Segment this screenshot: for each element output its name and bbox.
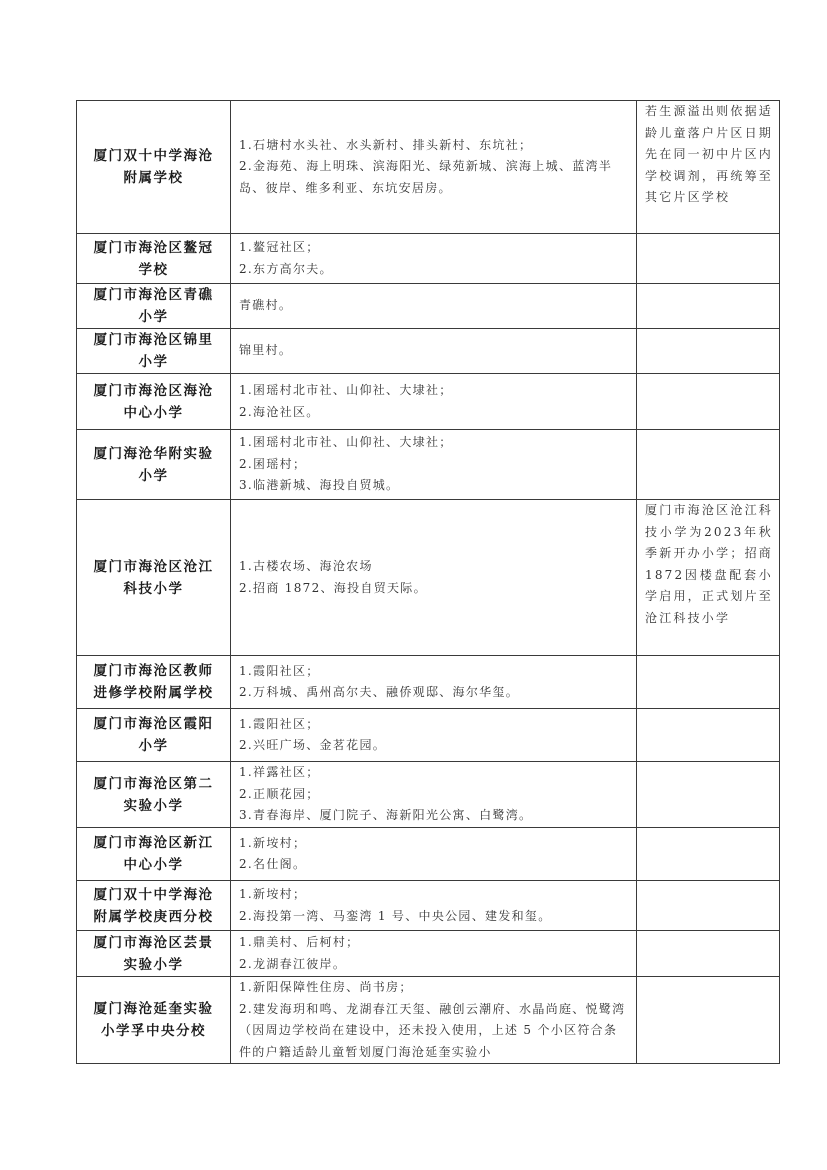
school-name-line: 小学 <box>139 468 169 484</box>
table-row: 厦门市海沧区芸景 实验小学 1.鼎美村、后柯村； 2.龙湖春江彼岸。 <box>77 931 780 977</box>
remarks-cell <box>637 656 780 709</box>
school-name-line: 科技小学 <box>124 581 184 597</box>
table-row: 厦门双十中学海沧 附属学校 1.石塘村水头社、水头新村、排头新村、东坑社； 2.… <box>77 101 780 234</box>
school-name-line: 厦门市海沧区锦里 <box>94 332 214 348</box>
table-row: 厦门市海沧区鳌冠 学校 1.鳌冠社区； 2.东方高尔夫。 <box>77 234 780 284</box>
remarks-cell <box>637 329 780 374</box>
area-line: 青礁村。 <box>239 295 628 317</box>
school-name-line: 小学孚中央分校 <box>101 1023 206 1039</box>
table-row: 厦门市海沧区教师 进修学校附属学校 1.霞阳社区； 2.万科城、禹州高尔夫、融侨… <box>77 656 780 709</box>
school-name-line: 厦门市海沧区霞阳 <box>94 716 214 732</box>
school-name-line: 厦门市海沧区沧江 <box>94 559 214 575</box>
remarks-cell <box>637 430 780 500</box>
area-line: 2.建发海玥和鸣、龙湖春江天玺、融创云潮府、水晶尚庭、悦鹭湾（因周边学校尚在建设… <box>239 999 628 1064</box>
school-name-line: 厦门双十中学海沧 <box>94 148 214 164</box>
remarks-cell <box>637 762 780 828</box>
table-row: 厦门市海沧区青礁 小学 青礁村。 <box>77 284 780 329</box>
school-name-line: 附属学校 <box>124 170 184 186</box>
remarks-cell <box>637 977 780 1064</box>
school-zoning-table: 厦门双十中学海沧 附属学校 1.石塘村水头社、水头新村、排头新村、东坑社； 2.… <box>76 100 780 1064</box>
school-name-line: 中心小学 <box>124 405 184 421</box>
enrollment-area-cell: 1.石塘村水头社、水头新村、排头新村、东坑社； 2.金海苑、海上明珠、滨海阳光、… <box>231 101 637 234</box>
school-name-cell: 厦门市海沧区新江 中心小学 <box>77 828 231 881</box>
school-name-line: 厦门市海沧区第二 <box>94 776 214 792</box>
area-line: 2.金海苑、海上明珠、滨海阳光、绿苑新城、滨海上城、蓝湾半岛、彼岸、维多利亚、东… <box>239 156 628 199</box>
enrollment-area-cell: 1.囷瑶村北市社、山仰社、大埭社； 2.海沧社区。 <box>231 374 637 430</box>
school-name-line: 厦门市海沧区青礁 <box>94 287 214 303</box>
remarks-cell <box>637 374 780 430</box>
school-name-cell: 厦门海沧华附实验 小学 <box>77 430 231 500</box>
enrollment-area-cell: 锦里村。 <box>231 329 637 374</box>
table-row: 厦门市海沧区新江 中心小学 1.新垵村； 2.名仕阁。 <box>77 828 780 881</box>
area-line: 2.招商 1872、海投自贸天际。 <box>239 578 628 600</box>
area-line: 2.名仕阁。 <box>239 854 628 876</box>
enrollment-area-cell: 1.鳌冠社区； 2.东方高尔夫。 <box>231 234 637 284</box>
school-name-line: 小学 <box>139 309 169 325</box>
area-line: 2.龙湖春江彼岸。 <box>239 954 628 976</box>
area-line: 1.新垵村； <box>239 833 628 855</box>
remarks-cell <box>637 931 780 977</box>
area-line: 1.鳌冠社区； <box>239 237 628 259</box>
school-name-cell: 厦门市海沧区鳌冠 学校 <box>77 234 231 284</box>
table-row: 厦门市海沧区第二 实验小学 1.祥露社区； 2.正顺花园； 3.青春海岸、厦门院… <box>77 762 780 828</box>
enrollment-area-cell: 1.新垵村； 2.名仕阁。 <box>231 828 637 881</box>
enrollment-area-cell: 1.新阳保障性住房、尚书房； 2.建发海玥和鸣、龙湖春江天玺、融创云潮府、水晶尚… <box>231 977 637 1064</box>
school-name-line: 进修学校附属学校 <box>94 685 214 701</box>
remarks-cell: 若生源溢出则依据适龄儿童落户片区日期先在同一初中片区内学校调剂，再统筹至其它片区… <box>637 101 780 234</box>
school-name-cell: 厦门双十中学海沧 附属学校 <box>77 101 231 234</box>
enrollment-area-cell: 青礁村。 <box>231 284 637 329</box>
school-name-line: 附属学校庚西分校 <box>94 909 214 925</box>
enrollment-area-cell: 1.新垵村； 2.海投第一湾、马銮湾 1 号、中央公园、建发和玺。 <box>231 881 637 931</box>
school-name-line: 中心小学 <box>124 857 184 873</box>
school-name-cell: 厦门市海沧区霞阳 小学 <box>77 709 231 762</box>
enrollment-area-cell: 1.囷瑶村北市社、山仰社、大埭社； 2.囷瑶村； 3.临港新城、海投自贸城。 <box>231 430 637 500</box>
school-name-line: 实验小学 <box>124 798 184 814</box>
enrollment-area-cell: 1.古楼农场、海沧农场 2.招商 1872、海投自贸天际。 <box>231 500 637 656</box>
school-name-line: 学校 <box>139 262 169 278</box>
school-name-line: 小学 <box>139 738 169 754</box>
remarks-cell <box>637 234 780 284</box>
area-line: 1.霞阳社区； <box>239 714 628 736</box>
school-name-line: 厦门市海沧区芸景 <box>94 935 214 951</box>
area-line: 2.囷瑶村； <box>239 454 628 476</box>
area-line: 2.万科城、禹州高尔夫、融侨观邸、海尔华玺。 <box>239 682 628 704</box>
area-line: 锦里村。 <box>239 340 628 362</box>
school-name-cell: 厦门市海沧区沧江 科技小学 <box>77 500 231 656</box>
table-row: 厦门海沧华附实验 小学 1.囷瑶村北市社、山仰社、大埭社； 2.囷瑶村； 3.临… <box>77 430 780 500</box>
area-line: 3.临港新城、海投自贸城。 <box>239 475 628 497</box>
area-line: 2.正顺花园； <box>239 784 628 806</box>
school-name-cell: 厦门市海沧区芸景 实验小学 <box>77 931 231 977</box>
table-row: 厦门市海沧区锦里 小学 锦里村。 <box>77 329 780 374</box>
area-line: 1.古楼农场、海沧农场 <box>239 556 628 578</box>
remarks-cell <box>637 284 780 329</box>
enrollment-area-cell: 1.霞阳社区； 2.兴旺广场、金茗花园。 <box>231 709 637 762</box>
enrollment-area-cell: 1.霞阳社区； 2.万科城、禹州高尔夫、融侨观邸、海尔华玺。 <box>231 656 637 709</box>
school-name-cell: 厦门市海沧区青礁 小学 <box>77 284 231 329</box>
table-row: 厦门市海沧区霞阳 小学 1.霞阳社区； 2.兴旺广场、金茗花园。 <box>77 709 780 762</box>
area-line: 1.祥露社区； <box>239 762 628 784</box>
school-name-line: 厦门市海沧区新江 <box>94 835 214 851</box>
remarks-cell: 厦门市海沧区沧江科技小学为2023年秋季新开办小学；招商1872因楼盘配套小学启… <box>637 500 780 656</box>
school-name-line: 厦门海沧华附实验 <box>94 446 214 462</box>
school-name-line: 厦门市海沧区教师 <box>94 663 214 679</box>
table-row: 厦门海沧延奎实验 小学孚中央分校 1.新阳保障性住房、尚书房； 2.建发海玥和鸣… <box>77 977 780 1064</box>
school-name-line: 厦门市海沧区海沧 <box>94 383 214 399</box>
area-line: 1.石塘村水头社、水头新村、排头新村、东坑社； <box>239 135 628 157</box>
school-name-line: 厦门市海沧区鳌冠 <box>94 240 214 256</box>
area-line: 1.新垵村； <box>239 884 628 906</box>
school-name-cell: 厦门市海沧区海沧 中心小学 <box>77 374 231 430</box>
school-name-cell: 厦门市海沧区第二 实验小学 <box>77 762 231 828</box>
area-line: 2.海沧社区。 <box>239 402 628 424</box>
school-name-line: 厦门双十中学海沧 <box>94 887 214 903</box>
area-line: 1.囷瑶村北市社、山仰社、大埭社； <box>239 432 628 454</box>
remarks-cell <box>637 828 780 881</box>
table-row: 厦门双十中学海沧 附属学校庚西分校 1.新垵村； 2.海投第一湾、马銮湾 1 号… <box>77 881 780 931</box>
enrollment-area-cell: 1.鼎美村、后柯村； 2.龙湖春江彼岸。 <box>231 931 637 977</box>
enrollment-area-cell: 1.祥露社区； 2.正顺花园； 3.青春海岸、厦门院子、海新阳光公寓、白鹭湾。 <box>231 762 637 828</box>
table-row: 厦门市海沧区海沧 中心小学 1.囷瑶村北市社、山仰社、大埭社； 2.海沧社区。 <box>77 374 780 430</box>
remarks-cell <box>637 881 780 931</box>
area-line: 1.鼎美村、后柯村； <box>239 932 628 954</box>
area-line: 1.新阳保障性住房、尚书房； <box>239 977 628 999</box>
school-name-line: 厦门海沧延奎实验 <box>94 1001 214 1017</box>
area-line: 1.囷瑶村北市社、山仰社、大埭社； <box>239 380 628 402</box>
school-name-line: 实验小学 <box>124 957 184 973</box>
school-name-line: 小学 <box>139 354 169 370</box>
school-name-cell: 厦门海沧延奎实验 小学孚中央分校 <box>77 977 231 1064</box>
table-row: 厦门市海沧区沧江 科技小学 1.古楼农场、海沧农场 2.招商 1872、海投自贸… <box>77 500 780 656</box>
area-line: 2.兴旺广场、金茗花园。 <box>239 735 628 757</box>
area-line: 2.海投第一湾、马銮湾 1 号、中央公园、建发和玺。 <box>239 906 628 928</box>
document-page: 厦门双十中学海沧 附属学校 1.石塘村水头社、水头新村、排头新村、东坑社； 2.… <box>0 0 827 1170</box>
remarks-cell <box>637 709 780 762</box>
school-name-cell: 厦门市海沧区锦里 小学 <box>77 329 231 374</box>
area-line: 2.东方高尔夫。 <box>239 259 628 281</box>
school-name-cell: 厦门双十中学海沧 附属学校庚西分校 <box>77 881 231 931</box>
area-line: 1.霞阳社区； <box>239 661 628 683</box>
area-line: 3.青春海岸、厦门院子、海新阳光公寓、白鹭湾。 <box>239 805 628 827</box>
school-name-cell: 厦门市海沧区教师 进修学校附属学校 <box>77 656 231 709</box>
